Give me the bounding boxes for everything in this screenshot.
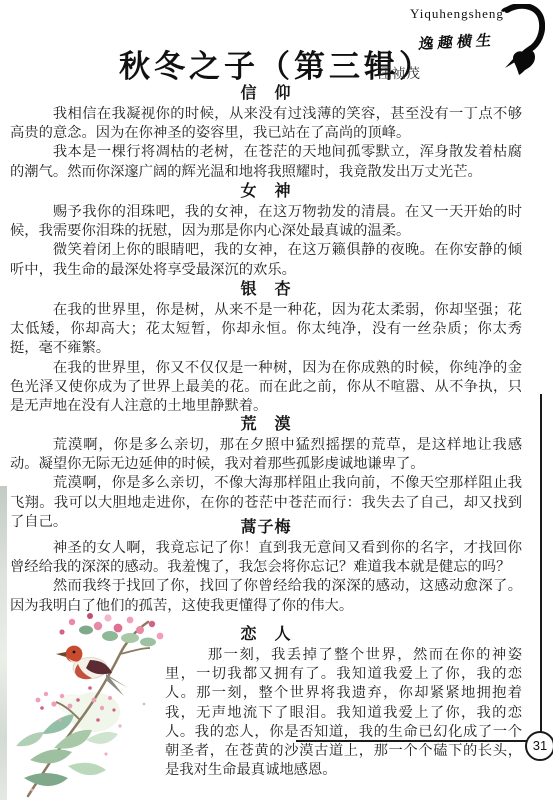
paragraph: 赐予我你的泪珠吧，我的女神，在这万物勃发的清晨。在又一天开始的时候，我需要你泪珠…: [10, 203, 522, 241]
bird-figure: [56, 646, 128, 696]
section-desert: 荒 漠 荒漠啊，你是多么亲切，那在夕照中猛烈摇摆的荒草，是这样地让我感动。凝望你…: [10, 416, 522, 532]
paragraph: 荒漠啊，你是多么亲切，那在夕照中猛烈摇摆的荒草，是这样地让我感动。凝望你无际无边…: [10, 436, 522, 474]
page-number-badge: 31: [525, 731, 553, 761]
page-title: 秋冬之子（第三辑）: [0, 41, 553, 86]
magazine-page: Yiquhengsheng 逸趣横生 秋冬之子（第三辑） 汪祯茂 信 仰 我相信…: [0, 0, 553, 800]
paragraph: 我本是一棵行将凋枯的老树，在苍茫的天地间孤零默立，浑身散发着枯腐的潮气。然而你深…: [10, 143, 522, 181]
section-faith: 信 仰 我相信在我凝视你的时候，从来没有过浅薄的笑容，甚至没有一丁点不够高贵的意…: [10, 85, 522, 182]
section-heading: 蒿子梅: [10, 519, 522, 536]
author-name: 汪祯茂: [378, 62, 422, 82]
section-heading: 女 神: [10, 183, 522, 200]
paragraph: 微笑着闭上你的眼睛吧，我的女神，在这万籁俱静的夜晚。在你安静的倾听中，我生命的最…: [10, 241, 522, 279]
section-ginkgo: 银 杏 在我的世界里，你是树，从来不是一种花，因为花太柔弱，你却坚强；花太低矮，…: [10, 281, 522, 416]
paragraph: 我相信在我凝视你的时候，从来没有过浅薄的笑容，甚至没有一丁点不够高贵的意念。因为…: [10, 105, 522, 143]
section-goddess: 女 神 赐予我你的泪珠吧，我的女神，在这万物勃发的清晨。在又一天开始的时候，我需…: [10, 183, 522, 280]
section-heading: 荒 漠: [10, 416, 522, 433]
paragraph: 那一刻，我丢掉了整个世界，然而在你的神姿里，一切我都又拥有了。我知道我爱上了你，…: [165, 646, 522, 780]
paragraph: 在我的世界里，你是树，从来不是一种花，因为花太柔弱，你却坚强；花太低矮，你却高大…: [10, 301, 522, 359]
section-heading: 银 杏: [10, 281, 522, 298]
flower-branch-illustration: [2, 608, 178, 800]
right-border-rule: [540, 394, 542, 735]
paragraph: 在我的世界里，你又不仅仅是一种树，因为在你成熟的时候，你纯净的金色光泽又使你成为…: [10, 359, 522, 417]
section-heading: 信 仰: [10, 85, 522, 102]
bottom-border-rule: [296, 740, 528, 742]
paragraph: 神圣的女人啊，我竟忘记了你！直到我无意间又看到你的名字，才找回你曾经给我的深深的…: [10, 539, 522, 577]
section-haozimei: 蒿子梅 神圣的女人啊，我竟忘记了你！直到我无意间又看到你的名字，才找回你曾经给我…: [10, 519, 522, 616]
